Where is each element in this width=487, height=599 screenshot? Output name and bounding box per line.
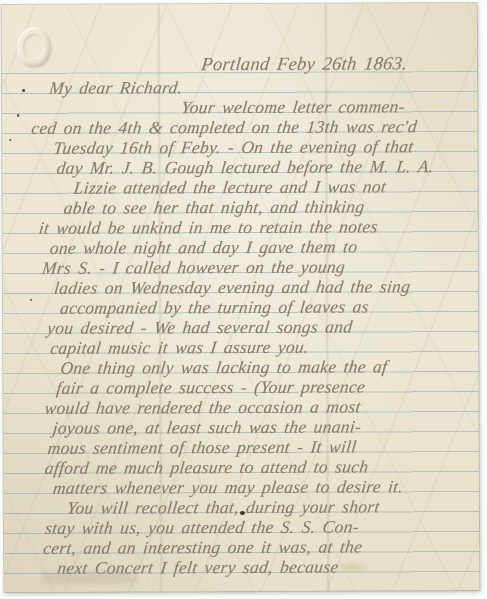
letter-line: Tuesday 16th of Feby. - On the evening o… [52, 136, 477, 158]
salutation: My dear Richard. [48, 76, 477, 98]
scanned-letter-photo: Portland Feby 26th 1863. My dear Richard… [0, 0, 487, 599]
letter-line: capital music it was I assure you. [49, 336, 478, 358]
letter-line: stay with us, you attended the S. S. Con… [44, 516, 479, 538]
letter-line: ced on the 4th & completed on the 13th w… [30, 116, 477, 138]
ink-speck [9, 139, 11, 141]
dateline: Portland Feby 26th 1863. [200, 53, 406, 76]
letter-line: cert, and an interesting one it was, at … [42, 536, 479, 558]
letter-line: joyous one, at least such was the unani- [52, 416, 479, 438]
letter-line: afford me much pleasure to attend to suc… [44, 456, 479, 478]
letter-line: able to see her that night, and thinking [63, 196, 478, 218]
letter-line: fair a complete success - (Your presence [55, 376, 478, 398]
letter-line: One thing only was lacking to make the a… [59, 356, 478, 378]
letter-line: accompanied by the turning of leaves as [59, 296, 478, 318]
letter-line: one whole night and day I gave them to [49, 236, 478, 258]
letter-line: You will recollect that, during your sho… [66, 496, 479, 518]
letter-line: it would be unkind in me to retain the n… [38, 216, 478, 238]
letter-line: Mrs S. - I called however on the young [41, 256, 478, 278]
letter-line: ladies on Wednesday evening and had the … [53, 276, 478, 298]
dateline-text: Portland Feby 26th 1863. [200, 53, 408, 76]
letter-line: would have rendered the occasion a most [43, 396, 478, 418]
letter-line: Your welcome letter commen- [180, 96, 477, 117]
letter-body: My dear Richard. Your welcome letter com… [2, 76, 479, 578]
letter-line: Lizzie attended the lecture and I was no… [72, 176, 477, 198]
ink-speck [17, 114, 19, 117]
letter-line: you desired - We had several songs and [46, 316, 478, 338]
letter-line: matters whenever you may please to desir… [52, 476, 479, 498]
ink-speck [22, 89, 25, 92]
embossed-seal-icon [17, 27, 51, 67]
letter-paper: Portland Feby 26th 1863. My dear Richard… [2, 3, 480, 592]
ink-blot [240, 511, 245, 515]
embossed-seal-inner [23, 34, 45, 60]
letter-line: mous sentiment of those present - It wil… [47, 436, 479, 458]
letter-line: day Mr. J. B. Gough lectured before the … [55, 156, 477, 178]
ink-speck [30, 299, 32, 301]
letter-line: next Concert I felt very sad, because [56, 556, 479, 578]
